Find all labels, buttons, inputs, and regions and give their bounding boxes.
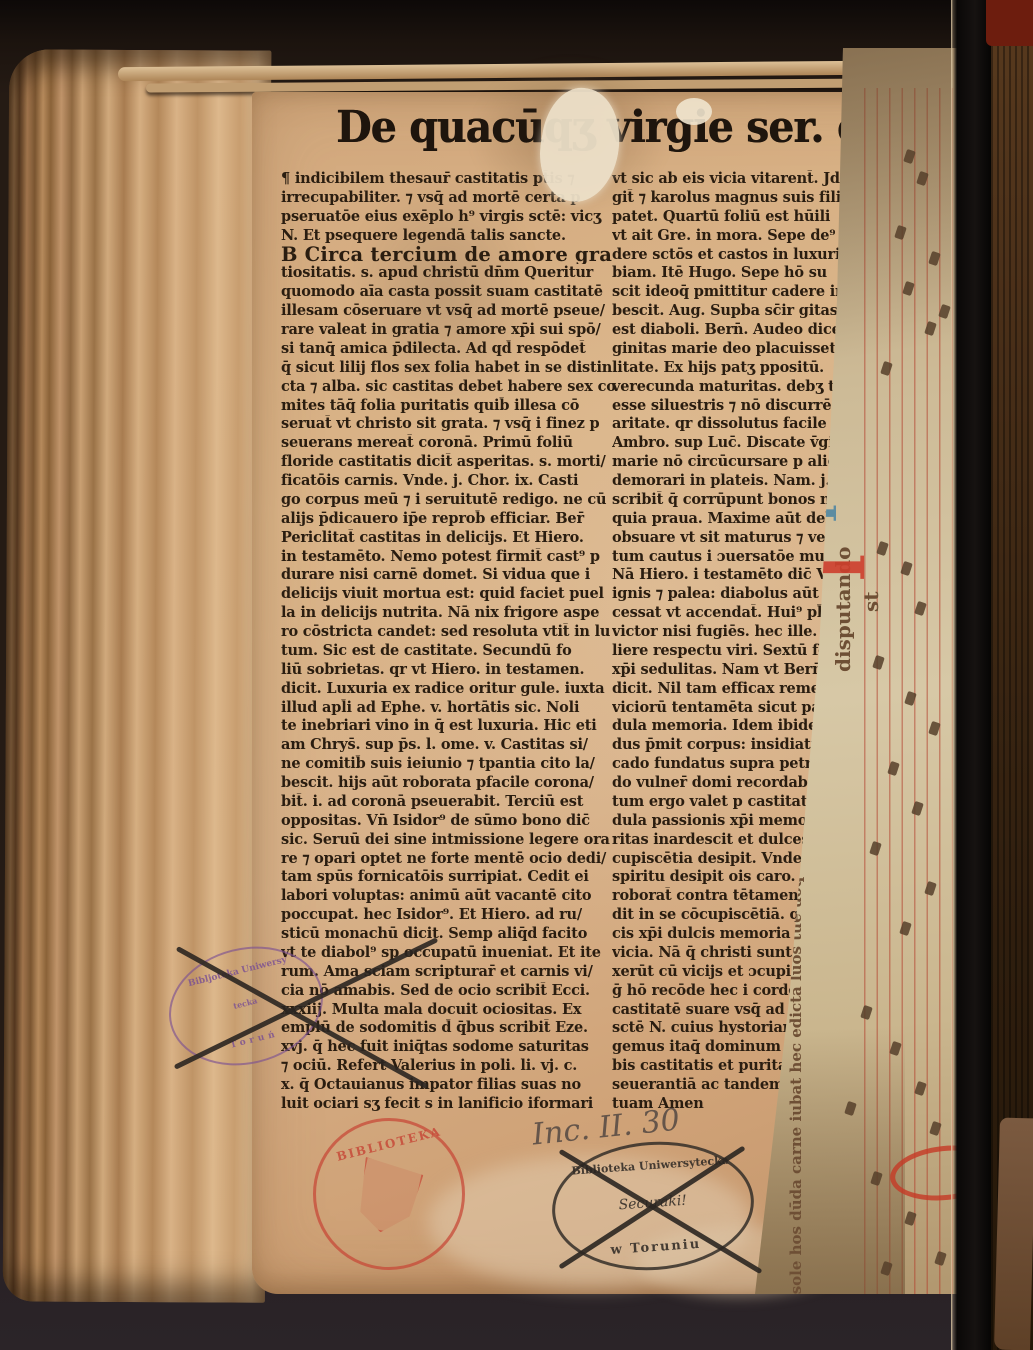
text-line: ficatōis carnis. Vnde. j. Chor. ix. Cast… bbox=[281, 472, 617, 491]
text-line: illud apl̄i ad Ephe. v. hortātis sic. No… bbox=[281, 699, 617, 718]
text-line: mites tāq̄ folia puritatis quib̄ illesa … bbox=[281, 397, 617, 416]
text-line: in testamēto. Nemo potest firmit̄ cast⁹ … bbox=[281, 548, 617, 567]
text-line: pseruatōe eius exēplo h⁹ virgis sctē: vi… bbox=[281, 208, 617, 227]
text-line: floride castitatis dicit̄ asperitas. s. … bbox=[281, 453, 617, 472]
text-line: sic. Seruū dei sine intmissione legere o… bbox=[281, 831, 617, 850]
red-library-stamp: BIBLIOTEKA bbox=[313, 1118, 465, 1270]
text-line: q̄ sicut lilij flos sex folia habet in s… bbox=[281, 359, 617, 378]
text-line: oppositas. Vn̄ Isidor⁹ de sūmo bono dic̄ bbox=[281, 812, 617, 831]
text-line: xvj. q̄ hec fuit iniq̄tas sodome saturit… bbox=[281, 1038, 617, 1057]
text-line: seruat̄ vt christo sit grata. ⁊ vsq̄ i f… bbox=[281, 415, 617, 434]
text-line: la in delicijs nutrita. Nā nix frigore a… bbox=[281, 604, 617, 623]
leather-strap bbox=[994, 1118, 1033, 1350]
text-line: N. Et psequere legendā talis sancte. bbox=[281, 227, 617, 246]
red-corner-block bbox=[986, 0, 1033, 46]
text-column-left: ¶ indicibilem thesaur̄ castitatis pt̄is … bbox=[281, 170, 617, 1116]
text-line: bit̄. i. ad coronā pseuerabit. Terciū es… bbox=[281, 793, 617, 812]
scanned-book-page: De quacūqʒ virgie ser. cōis ¶ indicibile… bbox=[0, 0, 1033, 1350]
text-line: rare valeat in gratia ⁊ amore xp̄i sui s… bbox=[281, 321, 617, 340]
text-line: seuerans mereat̄ coronā. Primū foliū bbox=[281, 434, 617, 453]
text-line: irrecupabiliter. ⁊ vsq̄ ad mortē certa p bbox=[281, 189, 617, 208]
text-line: tiositatis. s. apud christū dn̄m Queritu… bbox=[281, 264, 617, 283]
running-title: De quacūqʒ virgie ser. cōis bbox=[336, 102, 924, 153]
text-line: alijs p̄dicauero ip̄e reprob̄ efficiar. … bbox=[281, 510, 617, 529]
text-line: ⁊ ociū. Refert Valerius in poli. li. vj.… bbox=[281, 1057, 617, 1076]
text-line: am Chrys̄. sup p̄s. l. ome. v. Castitas … bbox=[281, 736, 617, 755]
text-line: xxxiij. Multa mala docuit ociositas. Ex bbox=[281, 1001, 617, 1020]
text-line: ¶ indicibilem thesaur̄ castitatis pt̄is … bbox=[281, 170, 617, 189]
text-line: ne comitib̄ suis ieiunio ⁊ tpantia cito … bbox=[281, 755, 617, 774]
text-line: illesam cōseruare vt vsq̄ ad mortē pseue… bbox=[281, 302, 617, 321]
text-line: dicit. Luxuria ex radice oritur gule. iu… bbox=[281, 680, 617, 699]
text-line: luit ociari sʒ fecit s in lanificio ifor… bbox=[281, 1095, 617, 1114]
text-line: bescit. hijs aūt roborata pfacile corona… bbox=[281, 774, 617, 793]
text-line: vt te diabol⁹ sp occupatū inueniat. Et i… bbox=[281, 944, 617, 963]
text-line: go corpus meū ⁊ i seruitutē redigo. ne c… bbox=[281, 491, 617, 510]
binding-gap-shadow bbox=[951, 0, 991, 1350]
text-line: ro cōstricta candet: sed resoluta vtit̄ … bbox=[281, 623, 617, 642]
text-line: Periclitat̄ castitas in delicijs. Et Hie… bbox=[281, 529, 617, 548]
text-line: quomodo aīa casta possit suam castitatē bbox=[281, 283, 617, 302]
text-line: tum. Sic est de castitate. Secundū fo bbox=[281, 642, 617, 661]
rotated-marginalia-small: st bbox=[859, 592, 883, 613]
text-line: sticū monachū dicit. Semp aliq̄d facito bbox=[281, 925, 617, 944]
text-line: te inebriari vino in q̄ est luxuria. Hic… bbox=[281, 717, 617, 736]
text-line: durare nisi carnē domet. Si vidua que i bbox=[281, 566, 617, 585]
text-line: liū sobrietas. qr vt Hiero. in testamen. bbox=[281, 661, 617, 680]
text-line: poccupat. hec Isidor⁹. Et Hiero. ad ru/ bbox=[281, 906, 617, 925]
text-line: tam spūs fornicatōis surripiat. Cedit ei bbox=[281, 868, 617, 887]
text-line: cta ⁊ alba. sic castitas debet habere se… bbox=[281, 378, 617, 397]
text-line: x. q̄ Octauianus impator filias suas no bbox=[281, 1076, 617, 1095]
text-line: re ⁊ opari optet ne forte mentē ocio ded… bbox=[281, 850, 617, 869]
text-line: rum. Ama sciam scripturar̄ et carnis vi/ bbox=[281, 963, 617, 982]
heraldic-shield bbox=[351, 1156, 425, 1239]
text-line: B Circa tercium de amore gra bbox=[281, 246, 617, 265]
text-line: delicijs viuit mortua est: quid faciet p… bbox=[281, 585, 617, 604]
text-line: labori voluptas: animū aūt vacantē cito bbox=[281, 887, 617, 906]
text-line: si tanq̄ amica p̄dilecta. Ad qd̄ respōde… bbox=[281, 340, 617, 359]
book-fore-edge-stack bbox=[3, 49, 272, 1302]
